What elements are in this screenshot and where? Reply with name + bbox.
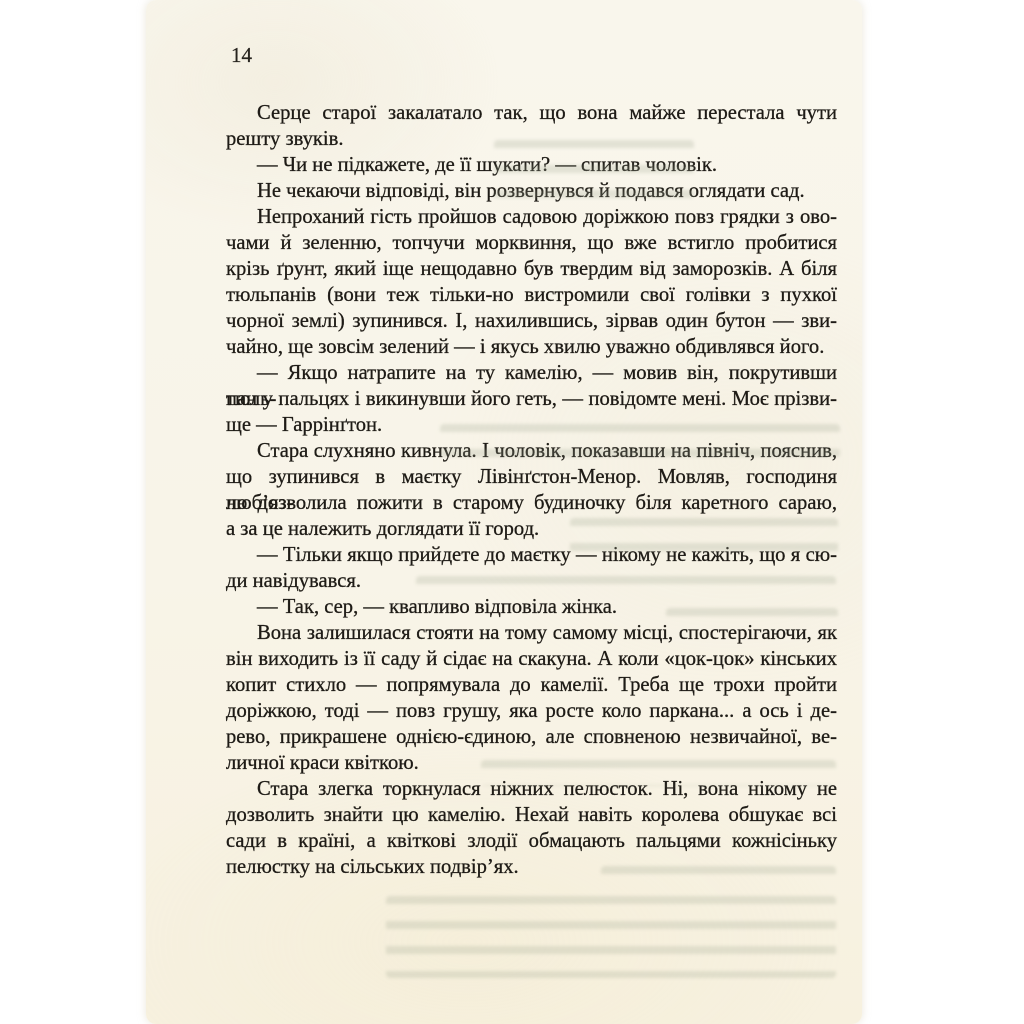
text-line: Стара злегка торкнулася ніжних пелюсток.… xyxy=(226,776,837,802)
text-line: дозволить знайти цю камелію. Нехай навіт… xyxy=(226,802,837,828)
text-line: доріжкою, тоді — повз грушу, яка росте к… xyxy=(226,698,837,724)
text-line: Не чекаючи відповіді, він розвернувся й … xyxy=(226,178,837,204)
scan-backdrop: 14 Серце старої закалатало так, що вона … xyxy=(0,0,1024,1024)
page-number: 14 xyxy=(231,40,252,70)
text-line: пан у пальцях і викинувши його геть, — п… xyxy=(226,386,837,412)
bleed-through-mark xyxy=(386,896,836,978)
text-line: Серце старої закалатало так, що вона май… xyxy=(226,100,837,126)
text-line: Непроханий гість пройшов садовою доріжко… xyxy=(226,204,837,230)
text-line: чорної землі) зупинився. І, нахилившись,… xyxy=(226,308,837,334)
text-line: ще — Гаррінґтон. xyxy=(226,412,837,438)
body-text-block: Серце старої закалатало так, що вона май… xyxy=(226,100,837,880)
text-line: — Так, сер, — квапливо відповіла жінка. xyxy=(226,594,837,620)
text-line: но дозволила пожити в старому будиночку … xyxy=(226,490,837,516)
text-line: — Тільки якщо прийдете до маєтку — ніком… xyxy=(226,542,837,568)
text-line: копит стихло — попрямувала до камелії. Т… xyxy=(226,672,837,698)
text-line: крізь ґрунт, який іще нещодавно був твер… xyxy=(226,256,837,282)
text-line: — Якщо натрапите на ту камелію, — мовив … xyxy=(226,360,837,386)
text-line: Стара слухняно кивнула. І чоловік, показ… xyxy=(226,438,837,464)
text-line: сади в країні, а квіткові злодії обмацаю… xyxy=(226,828,837,854)
text-line: решту звуків. xyxy=(226,126,837,152)
text-line: рево, прикрашене однією-єдиною, але спов… xyxy=(226,724,837,750)
book-page: 14 Серце старої закалатало так, що вона … xyxy=(146,0,862,1024)
text-line: Вона залишилася стояти на тому самому мі… xyxy=(226,620,837,646)
text-line: ди навідувався. xyxy=(226,568,837,594)
text-line: що зупинився в маєтку Лівінґстон-Менор. … xyxy=(226,464,837,490)
text-line: а за це належить доглядати її город. xyxy=(226,516,837,542)
text-line: він виходить із її саду й сідає на скаку… xyxy=(226,646,837,672)
text-line: личної краси квіткою. xyxy=(226,750,837,776)
text-line: тюльпанів (вони теж тільки-но вистромили… xyxy=(226,282,837,308)
text-line: чайно, ще зовсім зелений — і якусь хвилю… xyxy=(226,334,837,360)
text-line: чами й зеленню, топчучи морквиння, що вж… xyxy=(226,230,837,256)
text-line: — Чи не підкажете, де її шукати? — спита… xyxy=(226,152,837,178)
text-line: пелюстку на сільських подвір’ях. xyxy=(226,854,837,880)
